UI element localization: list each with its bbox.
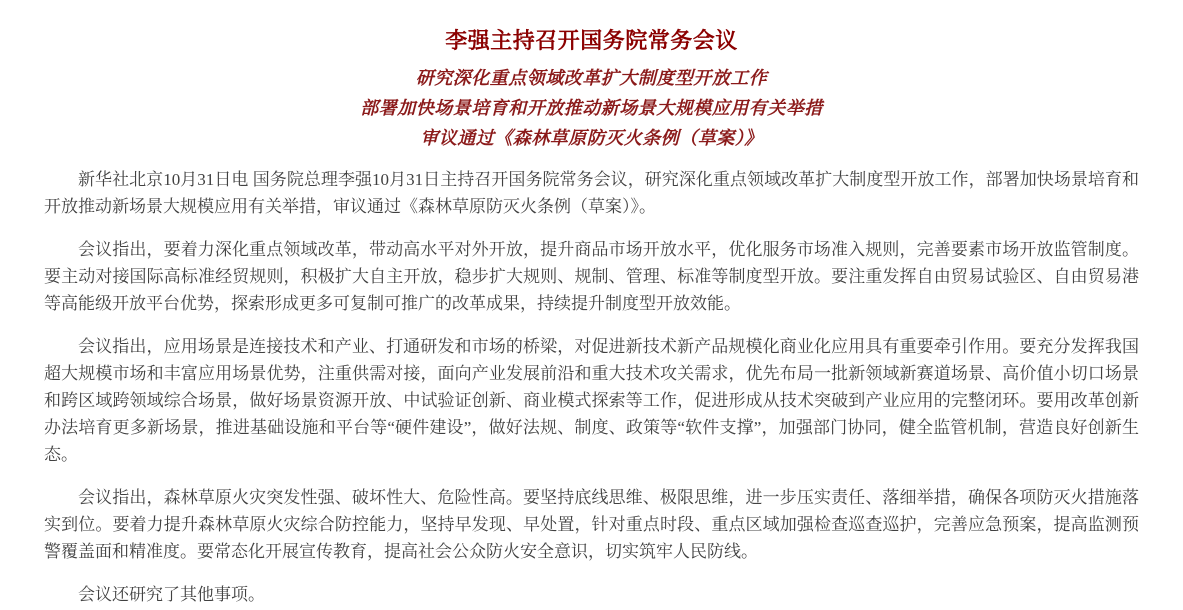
article-paragraph: 会议指出，要着力深化重点领域改革，带动高水平对外开放，提升商品市场开放水平，优化…	[44, 236, 1139, 317]
article: 李强主持召开国务院常务会议 研究深化重点领域改革扩大制度型开放工作 部署加快场景…	[0, 0, 1183, 610]
article-body: 新华社北京10月31日电 国务院总理李强10月31日主持召开国务院常务会议，研究…	[44, 166, 1139, 608]
article-header: 李强主持召开国务院常务会议 研究深化重点领域改革扩大制度型开放工作 部署加快场景…	[0, 0, 1183, 153]
article-subtitle-3: 审议通过《森林草原防灭火条例（草案）》	[0, 123, 1183, 153]
article-paragraph: 会议指出，森林草原火灾突发性强、破坏性大、危险性高。要坚持底线思维、极限思维，进…	[44, 484, 1139, 565]
article-title: 李强主持召开国务院常务会议	[0, 29, 1183, 53]
article-subtitle-1: 研究深化重点领域改革扩大制度型开放工作	[0, 63, 1183, 93]
article-paragraph: 新华社北京10月31日电 国务院总理李强10月31日主持召开国务院常务会议，研究…	[44, 166, 1139, 220]
article-paragraph: 会议还研究了其他事项。	[44, 581, 1139, 608]
article-paragraph: 会议指出，应用场景是连接技术和产业、打通研发和市场的桥梁，对促进新技术新产品规模…	[44, 333, 1139, 468]
article-subtitle-2: 部署加快场景培育和开放推动新场景大规模应用有关举措	[0, 93, 1183, 123]
